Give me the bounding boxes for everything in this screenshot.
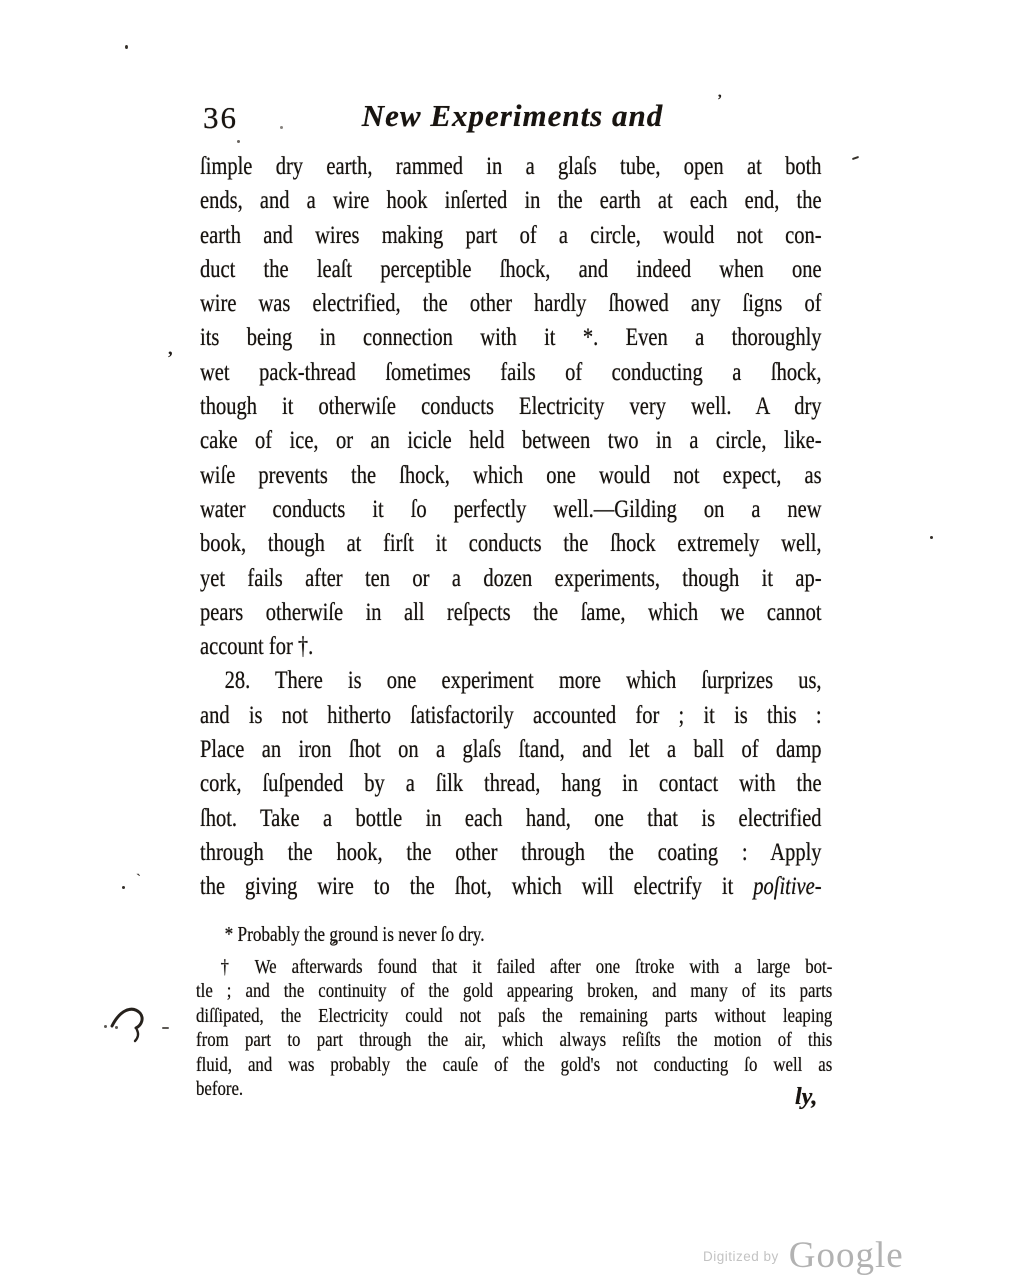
- ink-speck: [122, 886, 125, 889]
- running-header-title: New Experiments and: [200, 98, 825, 134]
- text-line: wire was electrified, the other hardly ſ…: [200, 287, 822, 321]
- ink-speck: [280, 126, 283, 129]
- ink-speck: [237, 140, 240, 143]
- italic-word: poſitive-: [753, 873, 821, 900]
- text-line: cork, ſuſpended by a ſilk thread, hang i…: [200, 767, 822, 801]
- text-line: duct the leaſt perceptible ſhock, and in…: [200, 253, 822, 287]
- text-line: pears otherwiſe in all reſpects the ſame…: [200, 596, 822, 630]
- margin-quote-mark: ’: [167, 348, 173, 370]
- footnote-line: diſſipated, the Electricity could not pa…: [196, 1004, 832, 1028]
- watermark-prefix-text: Digitized by: [703, 1249, 779, 1264]
- text-line: the giving wire to the ſhot, which will …: [200, 870, 822, 904]
- google-logo-text: Google: [789, 1235, 904, 1276]
- stray-apostrophe-mark: ’: [717, 92, 722, 110]
- stray-grave-mark: ˋ: [136, 872, 141, 889]
- text-line: ends, and a wire hook inſerted in the ea…: [200, 184, 822, 218]
- footnote-asterisk: * Probably the ground is never ſo dry.: [200, 921, 825, 948]
- footnote-dagger: † We afterwards found that it failed aft…: [196, 955, 832, 1101]
- footnote-line: † We afterwards found that it failed aft…: [196, 955, 832, 979]
- digitized-by-google-watermark: Digitized by Google: [703, 1234, 904, 1277]
- ink-speck: [104, 1025, 107, 1028]
- ink-speck: [125, 45, 128, 49]
- text-line: its being in connection with it *. Even …: [200, 321, 822, 355]
- text-line-paragraph-28: 28. There is one experiment more which ſ…: [200, 664, 822, 698]
- catchword: ly,: [795, 1084, 817, 1111]
- text-line: through the hook, the other through the …: [200, 836, 822, 870]
- text-line: wet pack-thread ſometimes fails of condu…: [200, 356, 822, 390]
- handwritten-margin-squiggle: [106, 1000, 154, 1048]
- text-line: and is not hitherto ſatisfactorily accou…: [200, 699, 822, 733]
- footnote-line: before.: [196, 1077, 832, 1101]
- ink-speck: [162, 1027, 169, 1029]
- footnote-line: fluid, and was probably the cauſe of the…: [196, 1053, 832, 1077]
- footnote-line: * Probably the ground is never ſo dry.: [200, 921, 825, 948]
- text-line: Place an iron ſhot on a glaſs ſtand, and…: [200, 733, 822, 767]
- ink-speck: [930, 536, 933, 539]
- text-line: ſhot. Take a bottle in each hand, one th…: [200, 802, 822, 836]
- ink-speck: [852, 156, 859, 160]
- text-line: wiſe prevents the ſhock, which one would…: [200, 459, 822, 493]
- text-line: ſimple dry earth, rammed in a glaſs tube…: [200, 150, 822, 184]
- ink-speck: [115, 1026, 118, 1029]
- text-line: earth and wires making part of a circle,…: [200, 219, 822, 253]
- text-segment: the giving wire to the ſhot, which will …: [200, 873, 753, 900]
- scanned-book-page: 36 New Experiments and ſimple dry earth,…: [0, 0, 1014, 1282]
- text-line: cake of ice, or an icicle held between t…: [200, 424, 822, 458]
- text-line: yet fails after ten or a dozen experimen…: [200, 562, 822, 596]
- footnote-line: from part to part through the air, which…: [196, 1028, 832, 1052]
- text-line: book, though at firſt it conducts the ſh…: [200, 527, 822, 561]
- text-line: water conducts it ſo perfectly well.—Gil…: [200, 493, 822, 527]
- text-line: though it otherwiſe conducts Electricity…: [200, 390, 822, 424]
- text-line: account for †.: [200, 630, 822, 664]
- footnote-line: tle ; and the continuity of the gold app…: [196, 979, 832, 1003]
- body-text: ſimple dry earth, rammed in a glaſs tube…: [200, 150, 822, 905]
